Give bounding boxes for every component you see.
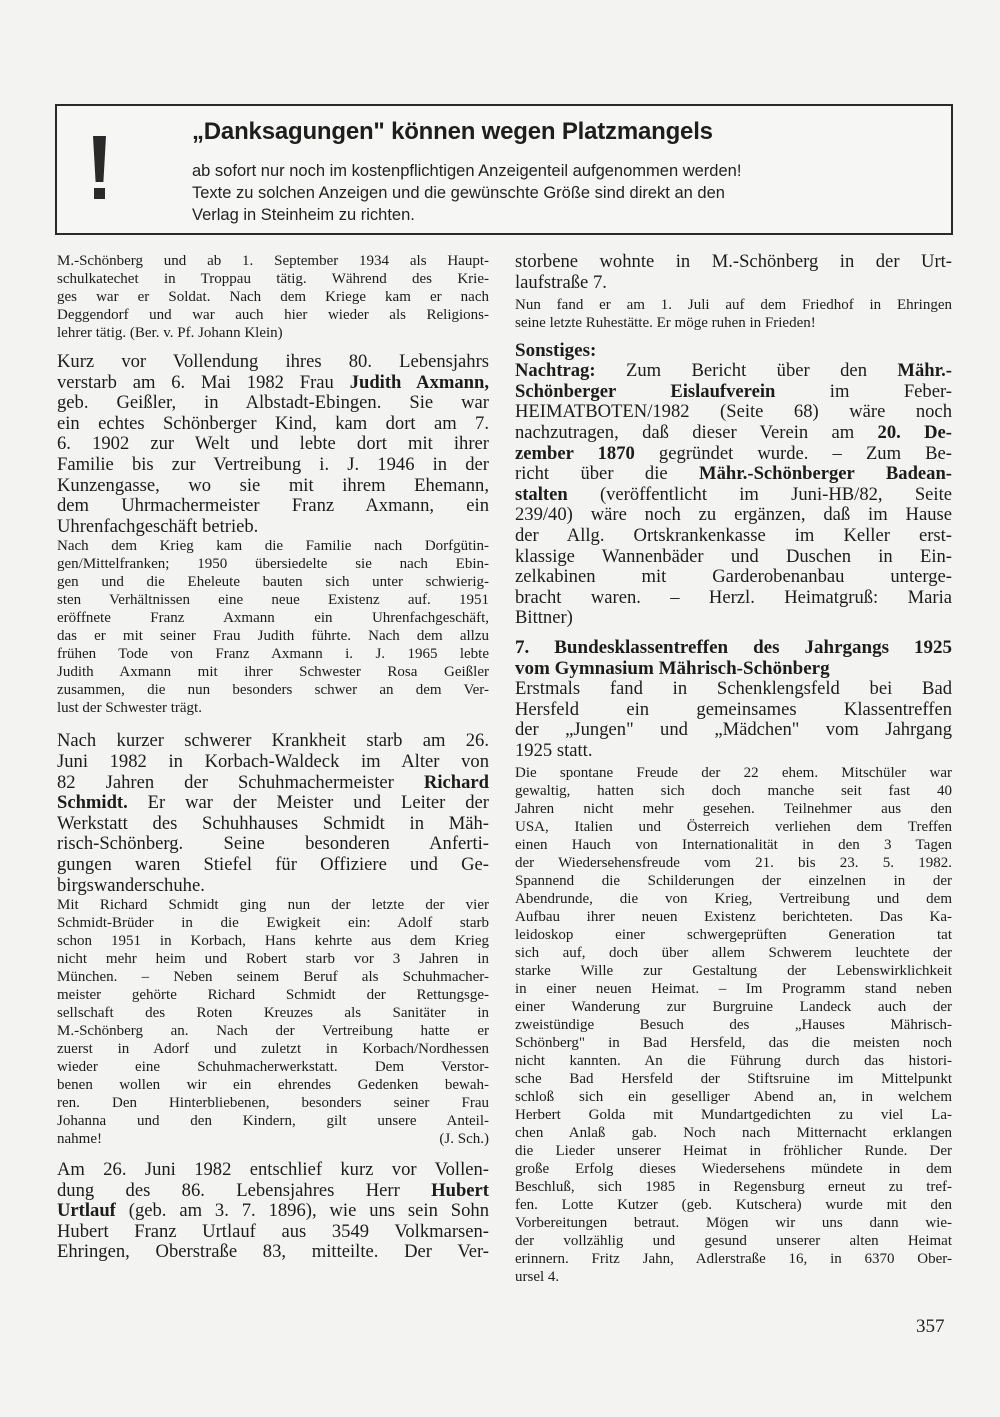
exclamation-icon [93, 136, 107, 198]
notice-box: „Danksagungen" können wegen Platzmangels… [55, 104, 953, 235]
name-richard: Richard [424, 772, 489, 793]
author-signature: (J. Sch.) [439, 1130, 489, 1148]
obituary-urtlauf-continued: storbene wohnte in M.-Schönberg in der U… [515, 252, 952, 293]
article-body: Die spontane Freude der 22 ehem. Mitschü… [515, 764, 952, 1286]
paragraph-klein-report: M.-Schönberg und ab 1. September 1934 al… [57, 252, 489, 342]
paragraph-axmann-family: Nach dem Krieg kam die Familie nach Dorf… [57, 537, 489, 717]
notice-text: ab sofort nur noch im kostenpflichtigen … [192, 160, 912, 226]
name-judith-axmann: Judith Axmann, [350, 372, 489, 393]
article-intro: Erstmals fand in Schenklengsfeld bei Bad… [515, 679, 952, 761]
paragraph-burial: Nun fand er am 1. Juli auf dem Friedhof … [515, 296, 952, 332]
name-hubert: Hubert [431, 1180, 489, 1201]
name-schmidt: Schmidt. [57, 792, 128, 813]
notice-title: „Danksagungen" können wegen Platzmangels [192, 118, 713, 146]
page-number: 357 [916, 1316, 945, 1338]
left-column: M.-Schönberg und ab 1. September 1934 al… [57, 252, 489, 1263]
section-heading-sonstiges: Sonstiges: [515, 340, 952, 361]
article-heading-klassentreffen: 7. Bundesklassentreffen des Jahrgangs 19… [515, 637, 952, 679]
obituary-judith-axmann: Kurz vor Vollendung ihres 80. Lebensjahr… [57, 352, 489, 537]
paragraph-schmidt-brothers: Mit Richard Schmidt ging nun der letzte … [57, 896, 489, 1148]
paragraph-nachtrag: Nachtrag: Zum Bericht über den Mähr.- Sc… [515, 361, 952, 629]
name-urtlauf: Urtlauf [57, 1200, 116, 1221]
obituary-richard-schmidt: Nach kurzer schwerer Krankheit starb am … [57, 731, 489, 896]
obituary-hubert-urtlauf: Am 26. Juni 1982 entschlief kurz vor Vol… [57, 1160, 489, 1263]
right-column: storbene wohnte in M.-Schönberg in der U… [515, 252, 952, 1286]
